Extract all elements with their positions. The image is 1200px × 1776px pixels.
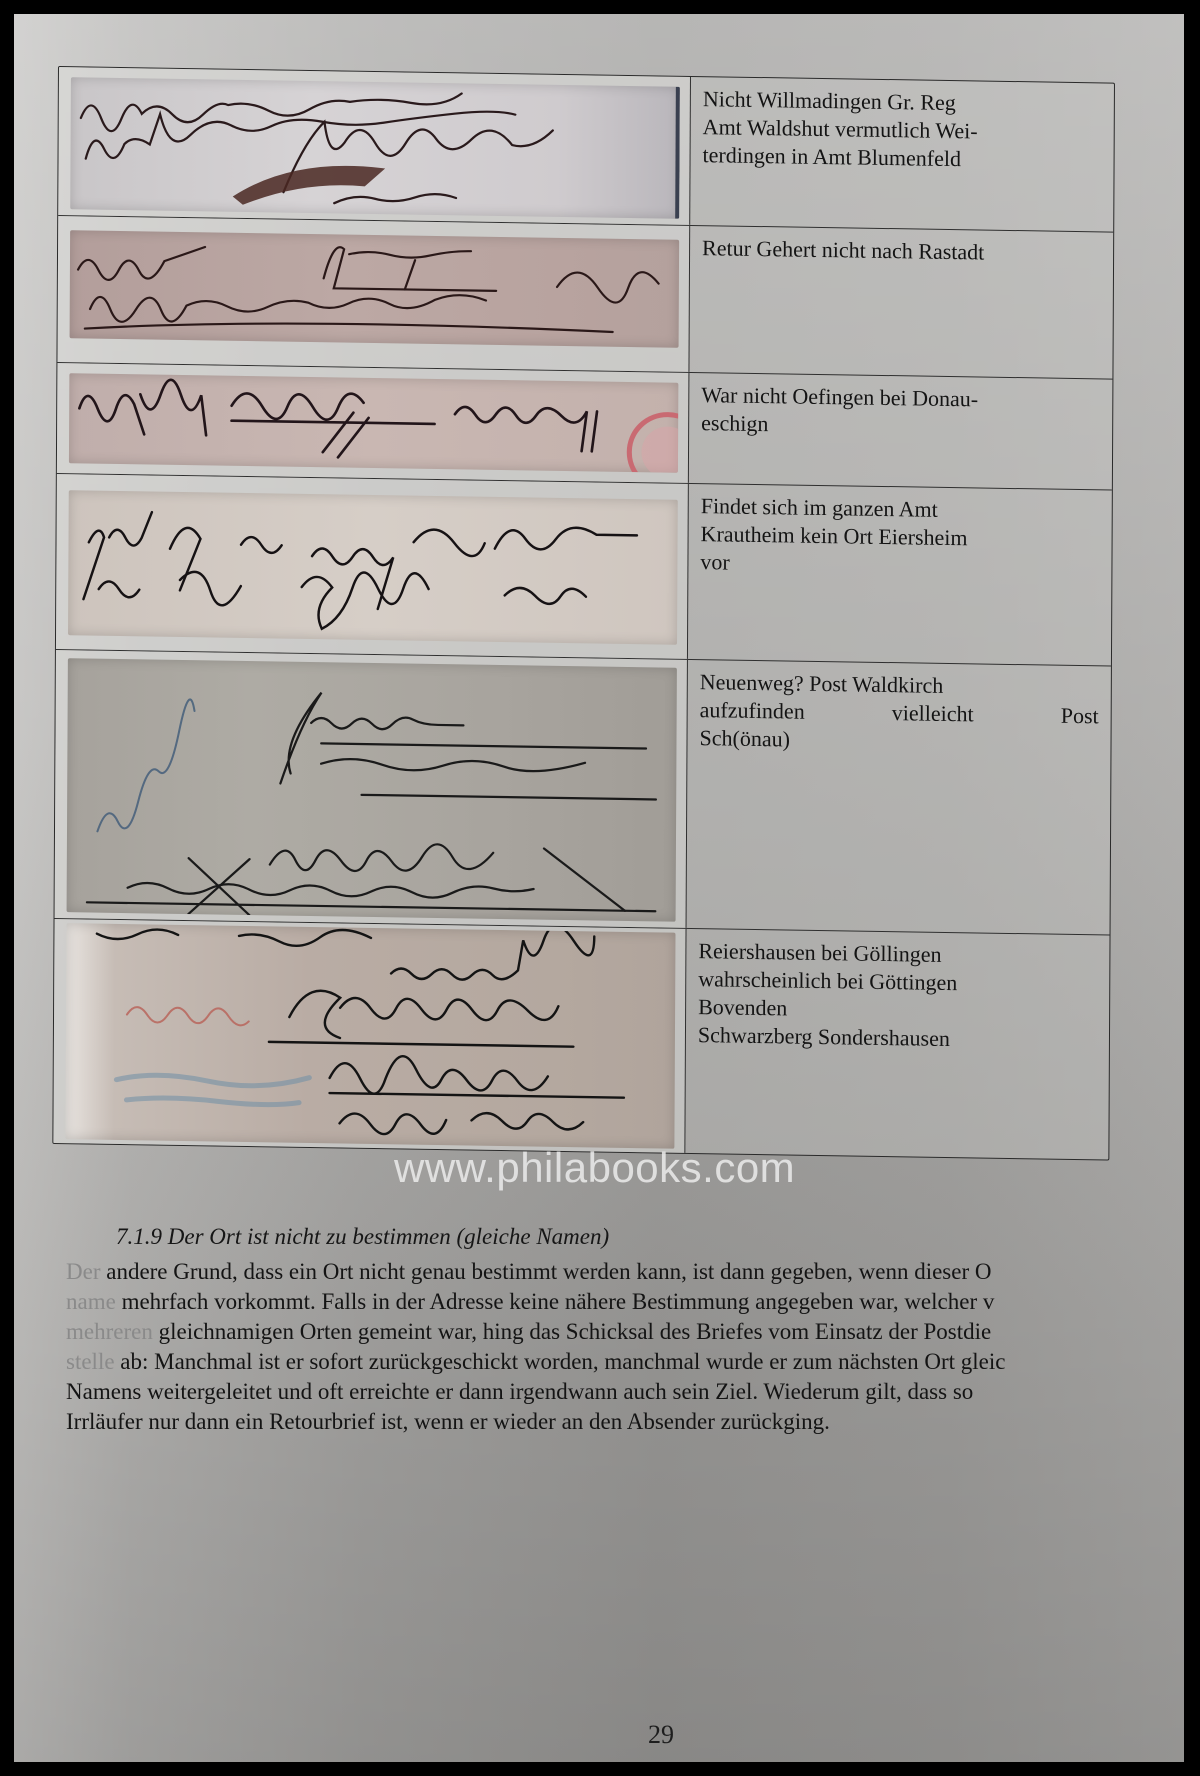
annotation-transcription: Neuenweg? Post Waldkirch aufzufinden vie… <box>687 660 1111 935</box>
manuscript-image-cell <box>57 363 690 483</box>
transcription-line: vor <box>700 548 1099 582</box>
paragraph-line: Namens weitergeleitet und oft erreichte … <box>66 1377 1184 1407</box>
handwriting-illustration <box>70 77 680 219</box>
line-text: Irrläufer nur dann ein Retourbrief ist, … <box>66 1409 830 1434</box>
table-row: Nicht Willmadingen Gr. Reg Amt Waldshut … <box>58 67 1114 233</box>
transcription-line: eschign <box>701 409 1100 443</box>
handwriting-illustration <box>67 658 677 922</box>
annotation-transcription: Nicht Willmadingen Gr. Reg Amt Waldshut … <box>690 77 1114 232</box>
annotation-transcription: Retur Gehert nicht nach Rastadt <box>689 226 1113 379</box>
manuscript-image <box>69 373 678 473</box>
manuscript-image <box>67 658 677 922</box>
postal-annotation-table: Nicht Willmadingen Gr. Reg Amt Waldshut … <box>52 66 1115 1161</box>
manuscript-image-cell <box>57 216 690 372</box>
line-lead: name <box>66 1289 116 1314</box>
manuscript-image <box>68 490 678 645</box>
section-paragraph: Der andere Grund, dass ein Ort nicht gen… <box>66 1257 1184 1437</box>
table-row: Neuenweg? Post Waldkirch aufzufinden vie… <box>55 650 1111 936</box>
manuscript-image-cell <box>58 67 691 225</box>
line-lead: stelle <box>66 1349 115 1374</box>
paragraph-line: Irrläufer nur dann ein Retourbrief ist, … <box>66 1407 1184 1437</box>
handwriting-illustration <box>69 373 678 473</box>
line-text: Namens weitergeleitet und oft erreichte … <box>66 1379 973 1404</box>
manuscript-image-cell <box>56 474 689 659</box>
book-page: Nicht Willmadingen Gr. Reg Amt Waldshut … <box>14 14 1184 1762</box>
line-text: mehrfach vorkommt. Falls in der Adresse … <box>116 1289 995 1314</box>
watermark: www.philabooks.com <box>394 1144 795 1192</box>
table-row: Reiershausen bei Göllingen wahrscheinlic… <box>53 919 1109 1160</box>
handwriting-illustration <box>70 230 680 348</box>
page-number: 29 <box>648 1720 674 1750</box>
manuscript-image <box>65 923 675 1149</box>
table-row: Findet sich im ganzen Amt Krautheim kein… <box>56 474 1112 667</box>
manuscript-image <box>70 230 680 348</box>
table-row: War nicht Oefingen bei Donau- eschign <box>57 363 1113 491</box>
paragraph-line: mehreren gleichnamigen Orten gemeint war… <box>66 1317 1184 1347</box>
annotation-transcription: War nicht Oefingen bei Donau- eschign <box>689 373 1113 490</box>
line-lead: Der <box>66 1259 100 1284</box>
table-row: Retur Gehert nicht nach Rastadt <box>57 216 1113 380</box>
line-text: andere Grund, dass ein Ort nicht genau b… <box>100 1259 991 1284</box>
paragraph-line: Der andere Grund, dass ein Ort nicht gen… <box>66 1257 1184 1287</box>
paragraph-line: stelle ab: Manchmal ist er sofort zurück… <box>66 1347 1184 1377</box>
section-heading: 7.1.9 Der Ort ist nicht zu bestimmen (gl… <box>116 1224 609 1250</box>
line-lead: mehreren <box>66 1319 153 1344</box>
transcription-line: terdingen in Amt Blumenfeld <box>703 141 1102 175</box>
transcription-line: Schwarzberg Sondershausen <box>698 1021 1097 1055</box>
transcription-line: Retur Gehert nicht nach Rastadt <box>702 234 1101 268</box>
manuscript-image-cell <box>55 650 688 928</box>
manuscript-image <box>70 77 680 219</box>
handwriting-illustration <box>65 923 675 1149</box>
annotation-transcription: Findet sich im ganzen Amt Krautheim kein… <box>688 484 1112 666</box>
manuscript-image-cell <box>53 919 686 1153</box>
paragraph-line: name mehrfach vorkommt. Falls in der Adr… <box>66 1287 1184 1317</box>
handwriting-illustration <box>68 490 678 645</box>
line-text: ab: Manchmal ist er sofort zurückgeschic… <box>115 1349 1006 1374</box>
annotation-transcription: Reiershausen bei Göllingen wahrscheinlic… <box>685 929 1109 1160</box>
line-text: gleichnamigen Orten gemeint war, hing da… <box>153 1319 991 1344</box>
